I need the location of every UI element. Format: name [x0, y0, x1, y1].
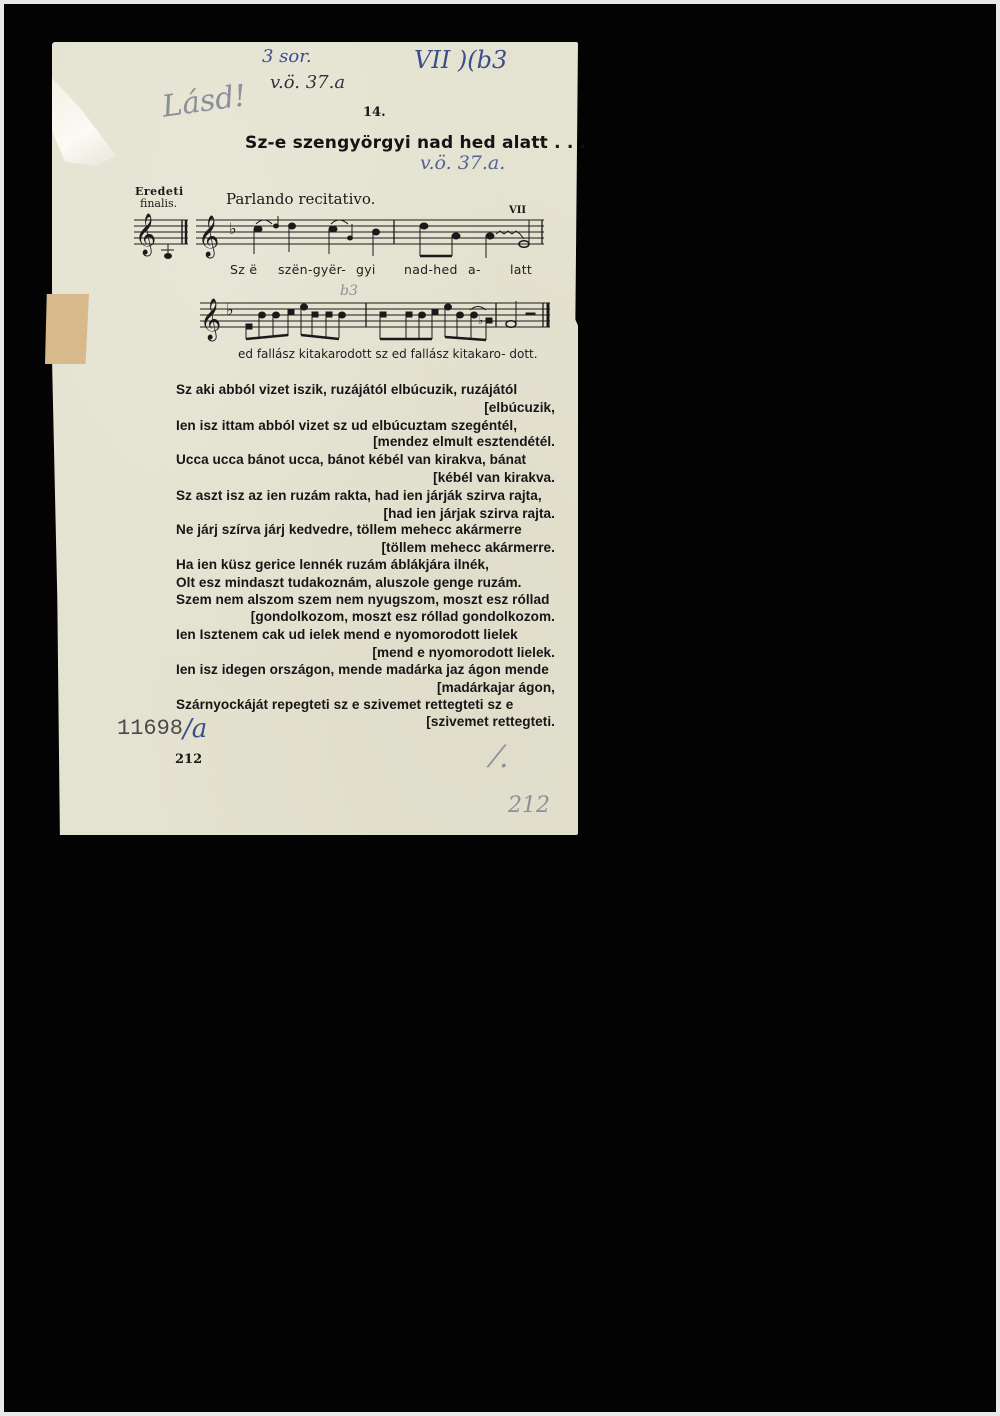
pencil-slash-mark: ⁄. — [494, 740, 509, 775]
archive-stamp-suffix: /a — [183, 714, 207, 744]
lyric-1: Sz ë — [230, 262, 257, 277]
verse-continuation: [szivemet rettegteti. — [426, 714, 555, 729]
blue-note-under-title: v.ö. 37.a. — [420, 152, 505, 174]
lyric-3: gyi — [356, 262, 376, 277]
verse-continuation: [mend e nyomorodott lielek. — [372, 645, 555, 660]
pencil-note-rows: 3 sor. — [262, 46, 312, 67]
lyric-2: szën-gyër- — [278, 262, 346, 277]
verse-continuation: [had ien járjak szirva rajta. — [384, 506, 555, 521]
verse-line: Sz aszt isz az ien ruzám rakta, had ien … — [176, 488, 542, 503]
verse-line: Ien isz idegen országon, mende madárka j… — [176, 662, 549, 677]
verse-continuation: [madárkajar ágon, — [437, 680, 555, 695]
verse-line: Ien isz ittam abból vizet sz ud elbúcuzt… — [176, 418, 517, 433]
verse-line: Szem nem alszom szem nem nyugszom, moszt… — [176, 592, 549, 607]
verse-line: Ha ien küsz gerice lennék ruzám áblákjár… — [176, 557, 489, 572]
lyric-6: latt — [510, 262, 532, 277]
finalis-staff: 𝄞 — [134, 210, 190, 262]
song-number: 14. — [363, 105, 386, 120]
svg-text:𝄞: 𝄞 — [198, 215, 219, 258]
lyric-4: nad-hed — [404, 262, 458, 277]
verse-line: Ucca ucca bánot ucca, bánot kébél van ki… — [176, 452, 526, 467]
verse-line: Olt esz mindaszt tudakoznám, aluszole ge… — [176, 575, 521, 590]
svg-text:𝄞: 𝄞 — [200, 298, 221, 341]
music-staff-1: 𝄞 ♭ — [196, 212, 546, 264]
pencil-note-reference: v.ö. 37.a — [270, 72, 345, 93]
svg-text:♭: ♭ — [226, 300, 234, 319]
verse-continuation: [töllem mehecc akármerre. — [381, 540, 555, 555]
verse-continuation: [gondolkozom, moszt esz róllad gondolkoz… — [251, 609, 555, 624]
verse-line: Ien Isztenem cak ud ielek mend e nyomoro… — [176, 627, 518, 642]
svg-text:𝄞: 𝄞 — [135, 213, 156, 256]
blue-note-top-right: VII )(b3 — [414, 46, 507, 74]
verse-continuation: [kébél van kirakva. — [433, 470, 555, 485]
music-staff-2: 𝄞 ♭ ♭ — [200, 293, 552, 349]
tempo-marking: Parlando recitativo. — [226, 190, 375, 208]
lyrics-line-2: ed fallász kitakarodott sz ed fallász ki… — [238, 347, 538, 361]
lyric-5: a- — [468, 262, 481, 277]
pencil-page-number: 212 — [508, 793, 550, 818]
svg-text:♭: ♭ — [229, 219, 237, 238]
verse-line: Szárnyockáját repegteti sz e szivemet re… — [176, 697, 513, 712]
archive-stamp-number: 11698 — [117, 716, 183, 741]
verse-continuation: [elbúcuzik, — [484, 400, 555, 415]
finalis-label-2: finalis. — [140, 197, 177, 210]
song-title: Sz-e szengyörgyi nad hed alatt . . . — [245, 133, 586, 153]
page-number: 212 — [175, 752, 202, 767]
verse-line: Sz aki abból vizet iszik, ruzájától elbú… — [176, 382, 517, 397]
verse-continuation: [mendez elmult esztendétél. — [373, 434, 555, 449]
verse-line: Ne járj szírva járj kedvedre, töllem meh… — [176, 522, 522, 537]
tape-strip — [45, 294, 89, 364]
svg-text:♭: ♭ — [478, 315, 483, 327]
